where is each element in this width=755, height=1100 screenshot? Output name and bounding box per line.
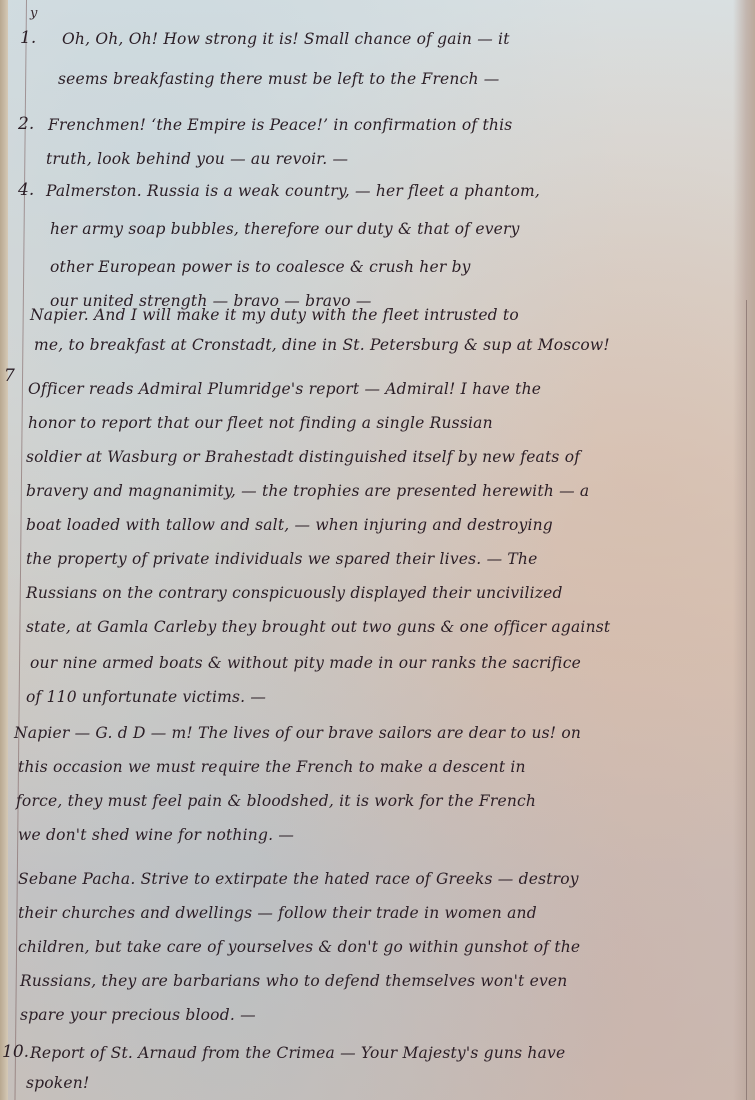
- entry-line: me, to breakfast at Cronstadt, dine in S…: [34, 336, 610, 354]
- entry-line: Sebane Pacha. Strive to extirpate the ha…: [18, 870, 579, 888]
- entry-line: soldier at Wasburg or Brahestadt disting…: [26, 448, 580, 466]
- entry-line: Russians on the contrary conspicuously d…: [26, 584, 563, 602]
- entry-line: we don't shed wine for nothing. —: [18, 826, 294, 844]
- entry-number: 10.: [2, 1042, 29, 1062]
- entry-line: Napier. And I will make it my duty with …: [30, 306, 519, 324]
- entry-line: this occasion we must require the French…: [18, 758, 526, 776]
- entry-line: boat loaded with tallow and salt, — when…: [26, 516, 553, 534]
- entry-line: other European power is to coalesce & cr…: [50, 258, 471, 276]
- right-rule: [746, 300, 747, 1100]
- entry-line: their churches and dwellings — follow th…: [18, 904, 537, 922]
- entry-line: honor to report that our fleet not findi…: [28, 414, 493, 432]
- manuscript-page: y 1. Oh, Oh, Oh! How strong it is! Small…: [0, 0, 755, 1100]
- entry-line: Napier — G. d D — m! The lives of our br…: [14, 724, 581, 742]
- entry-line: our nine armed boats & without pity made…: [30, 654, 581, 672]
- entry-line: her army soap bubbles, therefore our dut…: [50, 220, 520, 238]
- entry-line: Report of St. Arnaud from the Crimea — Y…: [30, 1044, 565, 1062]
- entry-number: 4.: [18, 180, 34, 200]
- entry-line: truth, look behind you — au revoir. —: [46, 150, 348, 168]
- page-left-edge: [0, 0, 8, 1100]
- entry-line: seems breakfasting there must be left to…: [58, 70, 500, 88]
- entry-line: spare your precious blood. —: [20, 1006, 256, 1024]
- entry-line: of 110 unfortunate victims. —: [26, 688, 266, 706]
- entry-number: 2.: [18, 114, 34, 134]
- entry-line: bravery and magnanimity, — the trophies …: [26, 482, 589, 500]
- entry-line: Officer reads Admiral Plumridge's report…: [28, 380, 541, 398]
- entry-line: Oh, Oh, Oh! How strong it is! Small chan…: [62, 30, 510, 48]
- corner-mark: y: [30, 6, 37, 21]
- entry-line: state, at Gamla Carleby they brought out…: [26, 618, 610, 636]
- entry-line: Frenchmen! ‘the Empire is Peace!’ in con…: [48, 116, 512, 134]
- entry-line: the property of private individuals we s…: [26, 550, 538, 568]
- entry-number: 1.: [20, 28, 36, 48]
- page-right-edge: [733, 0, 755, 1100]
- entry-line: Russians, they are barbarians who to def…: [20, 972, 567, 990]
- entry-line: force, they must feel pain & bloodshed, …: [16, 792, 536, 810]
- entry-number: 7: [4, 366, 15, 386]
- entry-line: spoken!: [26, 1074, 89, 1092]
- entry-line: children, but take care of yourselves & …: [18, 938, 580, 956]
- entry-line: Palmerston. Russia is a weak country, — …: [46, 182, 540, 200]
